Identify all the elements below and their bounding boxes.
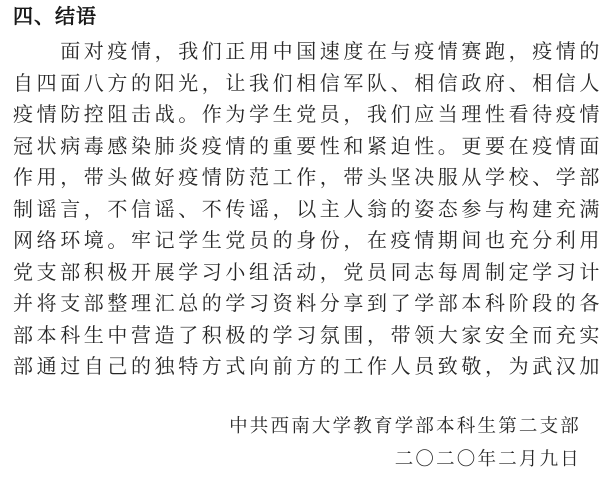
paragraph-line: 网络环境。牢记学生党员的身份，在疫情期间也充分利用各类资源坚持学习，	[13, 228, 600, 252]
paragraph-line: 面对疫情，我们正用中国速度在与疫情赛跑，疫情的阴霾一定不会挡住来	[13, 39, 600, 63]
paragraph-line: 部通过自己的独特方式向前方的工作人员致敬，为武汉加油，为中国加油！	[13, 354, 600, 378]
paragraph-line: 制谣言，不信谣、不传谣，以主人翁的姿态参与构建充满正能量的舆论空间和	[13, 197, 600, 221]
paragraph-line: 部本科生中营造了积极的学习氛围，带领大家安全而充实度过这个寒假。本支	[13, 323, 600, 347]
signature-date: 二〇二〇年二月九日	[395, 449, 581, 471]
paragraph-line: 自四面八方的阳光，让我们相信军队、相信政府、相信人民有信心有决心打赢	[13, 71, 600, 95]
paragraph-line: 疫情防控阻击战。作为学生党员，我们应当理性看待疫情，深刻理解防控新型	[13, 102, 600, 126]
signature-organization: 中共西南大学教育学部本科生第二支部	[229, 416, 581, 438]
paragraph-line: 作用，带头做好疫情防范工作，带头坚决服从学校、学部的统一安排，带头抵	[13, 165, 600, 189]
paragraph-line: 党支部积极开展学习小组活动，党员同志每周制定学习计划、每天在线打卡，	[13, 260, 600, 284]
paragraph-line: 冠状病毒感染肺炎疫情的重要性和紧迫性。更要在疫情面前充分发挥先锋模范	[13, 134, 600, 158]
section-heading: 四、结语	[13, 4, 97, 28]
paragraph-line: 并将支部整理汇总的学习资料分享到了学部本科阶段的各年级和各班级，在学	[13, 291, 600, 315]
